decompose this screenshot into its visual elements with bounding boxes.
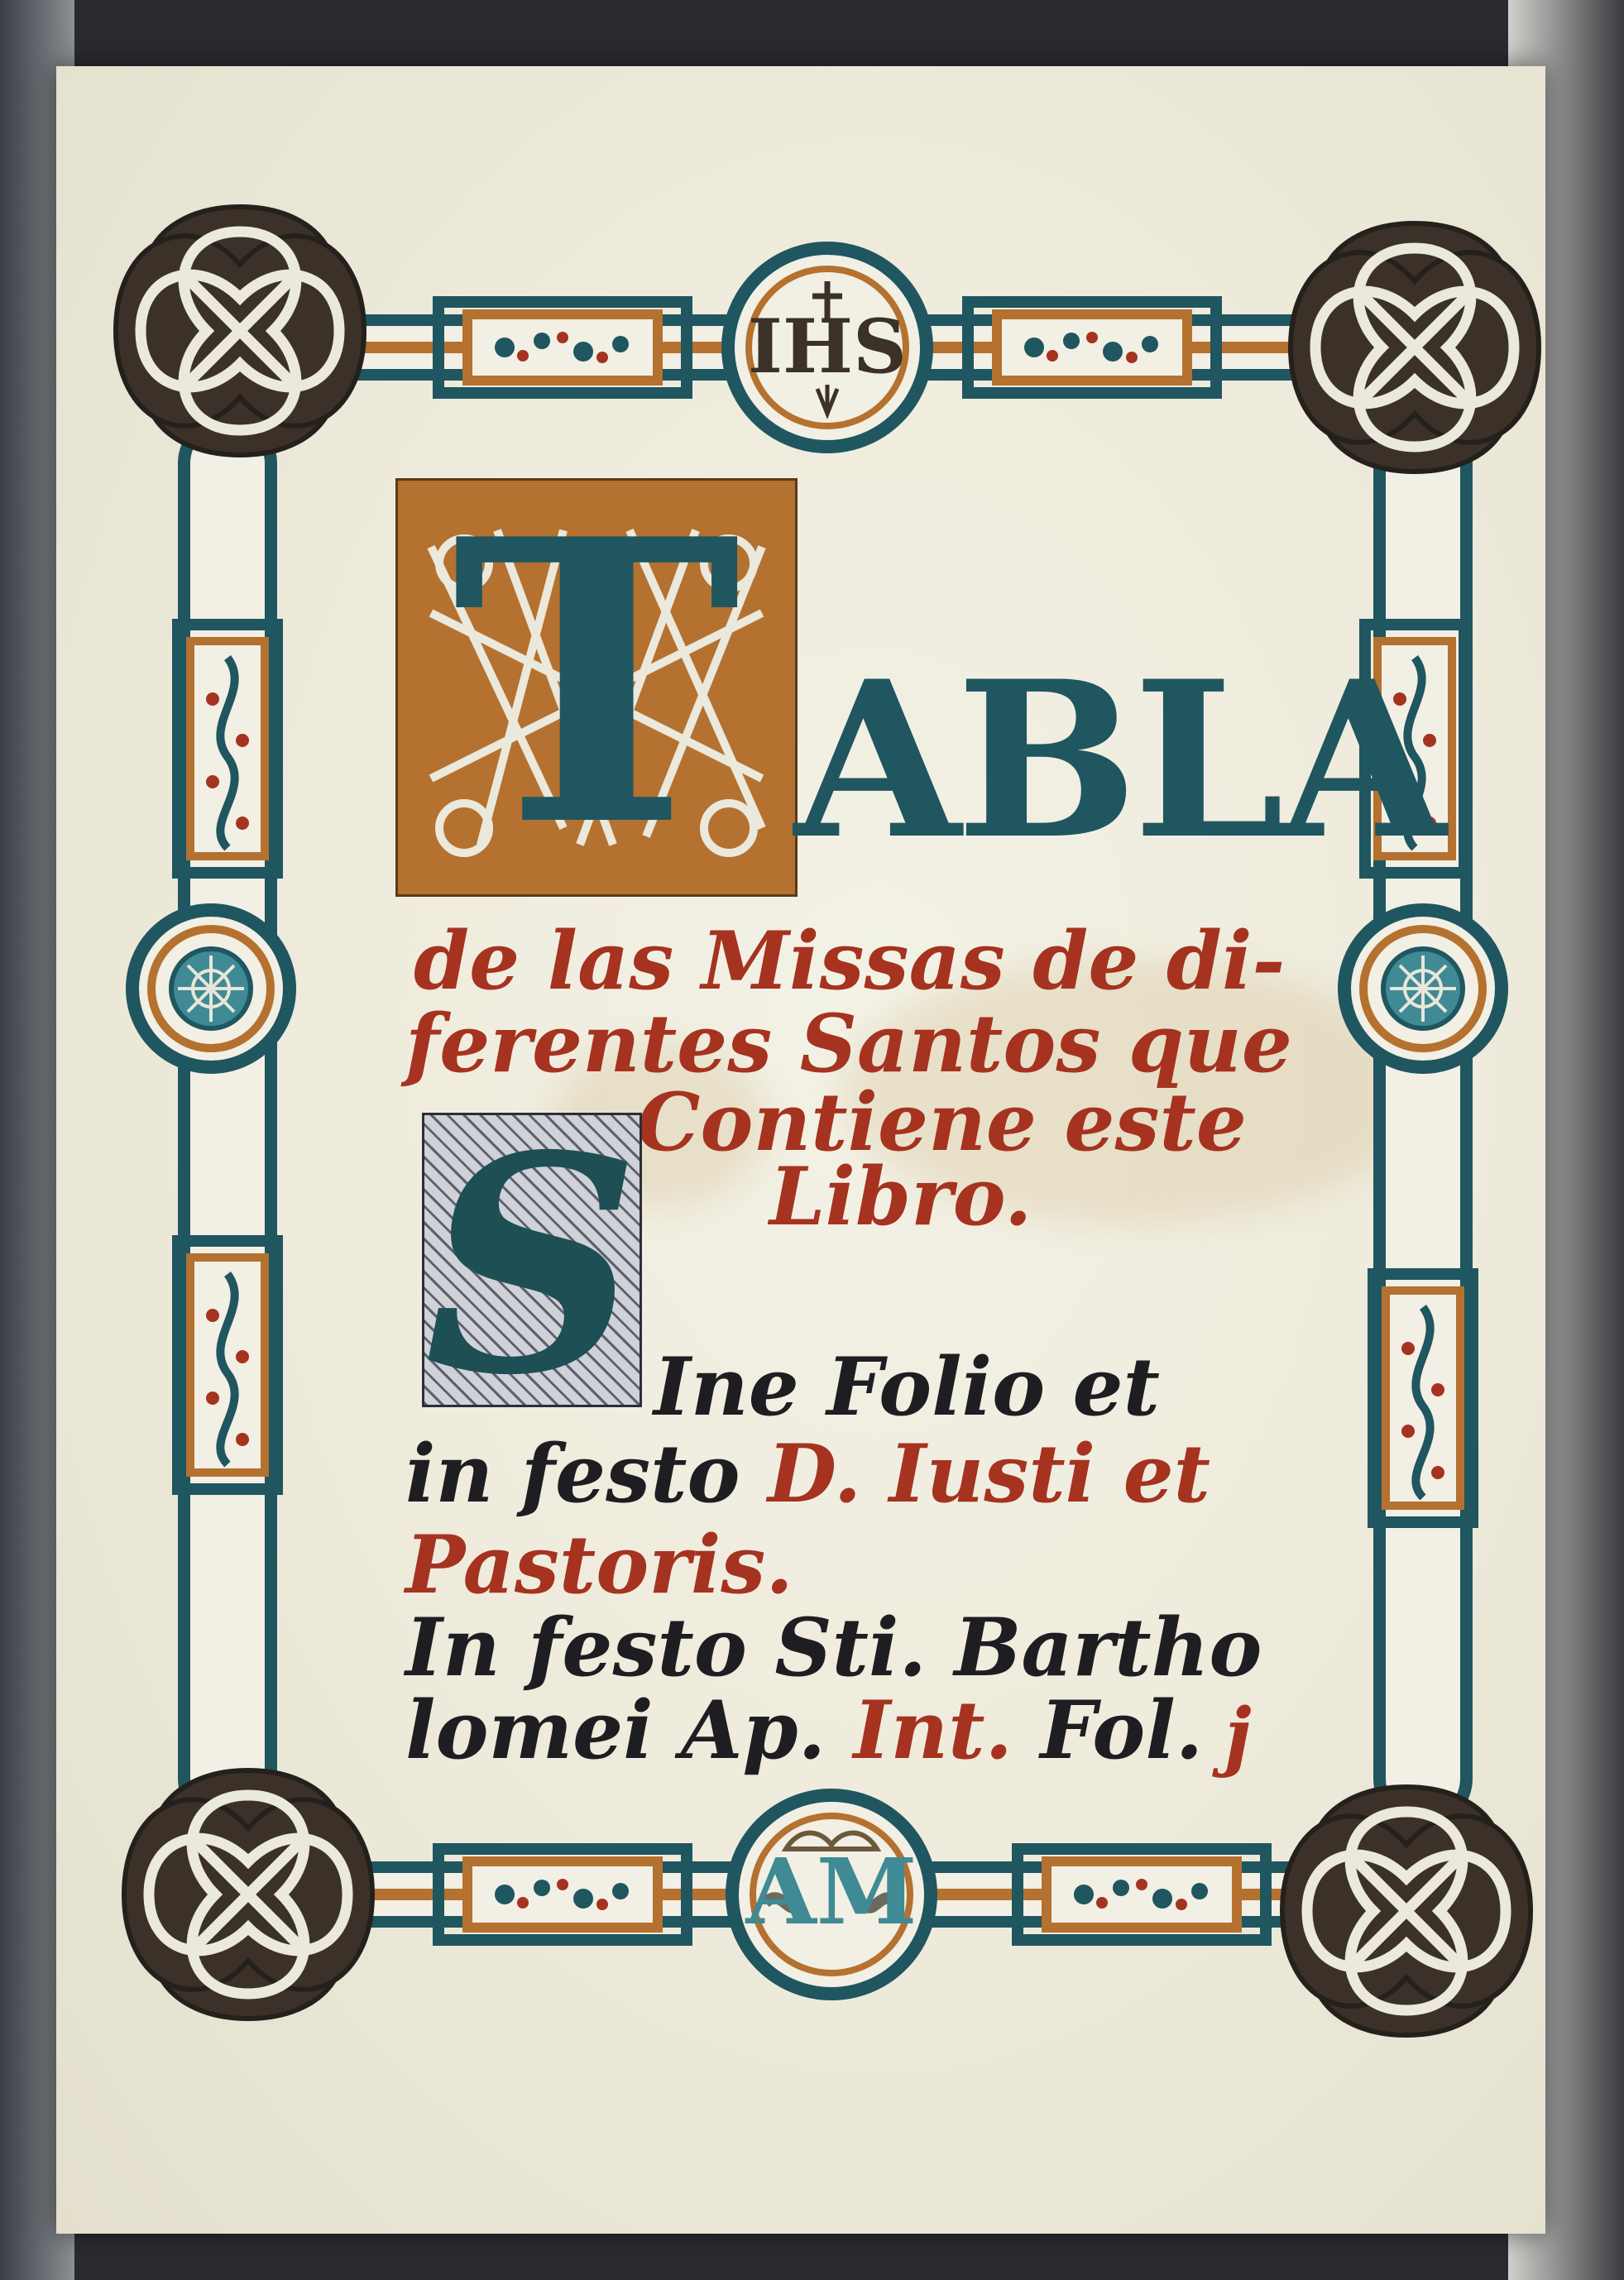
corner-knot-top-left [116,207,364,455]
corner-knot-top-right [1291,223,1539,472]
subtitle-line-1: de las Missas de di- [414,914,1285,1008]
body-line-5: lomei Ap. Int. Fol. [405,1684,1203,1777]
subtitle-line-4: Libro. [769,1150,1032,1243]
ihs-monogram: IHS [748,303,907,390]
illuminated-initial-t: T [395,478,798,897]
body-line-4: In festo Sti. Bartho [405,1601,1262,1694]
corner-knot-bottom-left [124,1770,372,2019]
marian-monogram: AM [745,1838,917,1945]
illuminated-initial-s: S [422,1113,642,1407]
body-line-2: in festo D. Iusti et [405,1427,1210,1521]
folio-mark: j [1224,1692,1252,1779]
corner-knot-bottom-right [1282,1787,1531,2035]
body-line-1: Ine Folio et [654,1340,1160,1434]
body-line-3: Pastoris. [405,1518,793,1612]
title-text: ABLA [794,654,1441,869]
title-initial-letter: T [398,489,795,878]
body-initial-letter: S [424,1090,640,1440]
